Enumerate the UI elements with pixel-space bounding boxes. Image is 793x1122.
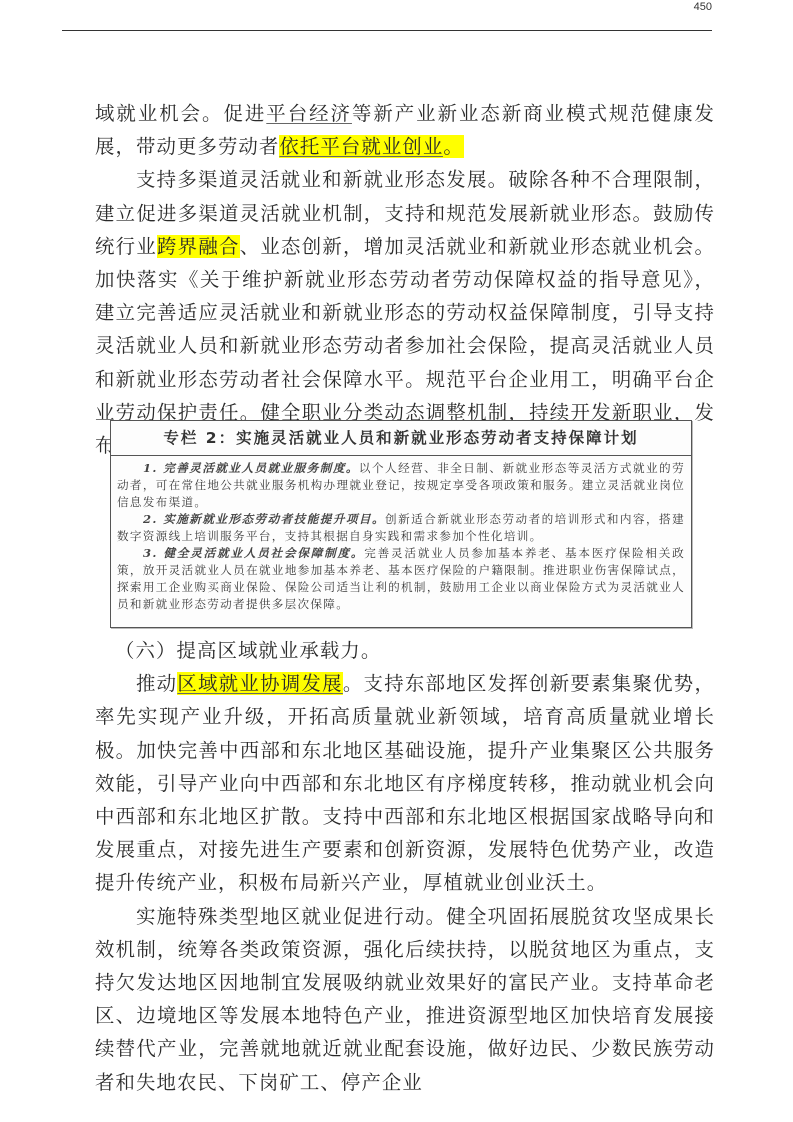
column-box-title: 专栏 2：实施灵活就业人员和新就业形态劳动者支持保障计划 xyxy=(111,421,691,456)
mid-text-block: （六）提高区域就业承载力。 推动区域就业协调发展。支持东部地区发挥创新要素集聚优… xyxy=(95,634,715,1099)
text-segment: 。支持东部地区发挥创新要素集聚优势，率先实现产业升级，开拓高质量就业新领域，培育… xyxy=(95,672,715,894)
column-item: 2. 实施新就业形态劳动者技能提升项目。创新适合新就业形态劳动者的培训形式和内容… xyxy=(117,511,685,545)
top-text-block: 域就业机会。促进平台经济等新产业新业态新商业模式规范健康发展，带动更多劳动者依托… xyxy=(95,97,715,462)
highlight-regional-coordination: 区域就业协调发展 xyxy=(177,672,342,695)
section-heading: （六）提高区域就业承载力。 xyxy=(95,634,715,667)
paragraph-platform-economy: 域就业机会。促进平台经济等新产业新业态新商业模式规范健康发展，带动更多劳动者依托… xyxy=(95,97,715,163)
highlight-cross-border-integration: 跨界融合 xyxy=(157,235,240,258)
paragraph-flexible-employment: 支持多渠道灵活就业和新就业形态发展。破除各种不合理限制，建立促进多渠道灵活就业机… xyxy=(95,163,715,462)
page-number: 450 xyxy=(688,1,712,13)
column-item: 1. 完善灵活就业人员就业服务制度。以个人经营、非全日制、新就业形态等灵活方式就… xyxy=(117,460,685,511)
column-box: 专栏 2：实施灵活就业人员和新就业形态劳动者支持保障计划 1. 完善灵活就业人员… xyxy=(110,420,692,628)
column-item: 3. 健全灵活就业人员社会保障制度。完善灵活就业人员参加基本养老、基本医疗保险相… xyxy=(117,545,685,613)
text-segment: 推动 xyxy=(136,672,177,695)
text-segment: 域就业机会。促进 xyxy=(95,102,266,125)
header-rule xyxy=(62,30,712,31)
column-box-body: 1. 完善灵活就业人员就业服务制度。以个人经营、非全日制、新就业形态等灵活方式就… xyxy=(111,456,691,613)
column-item-lead: 3. 健全灵活就业人员社会保障制度。 xyxy=(143,546,364,560)
column-item-lead: 1. 完善灵活就业人员就业服务制度。 xyxy=(143,461,359,475)
underlined-term-platform-economy: 平台经济 xyxy=(266,102,352,125)
highlight-tail: 。 xyxy=(443,135,464,158)
paragraph-regional-employment: 推动区域就业协调发展。支持东部地区发挥创新要素集聚优势，率先实现产业升级，开拓高… xyxy=(95,667,715,899)
column-item-lead: 2. 实施新就业形态劳动者技能提升项目。 xyxy=(143,512,385,526)
paragraph-special-regions: 实施特殊类型地区就业促进行动。健全巩固拓展脱贫攻坚成果长效机制，统筹各类政策资源… xyxy=(95,900,715,1099)
highlight-platform-entrepreneurship: 依托平台就业创业 xyxy=(279,135,443,158)
